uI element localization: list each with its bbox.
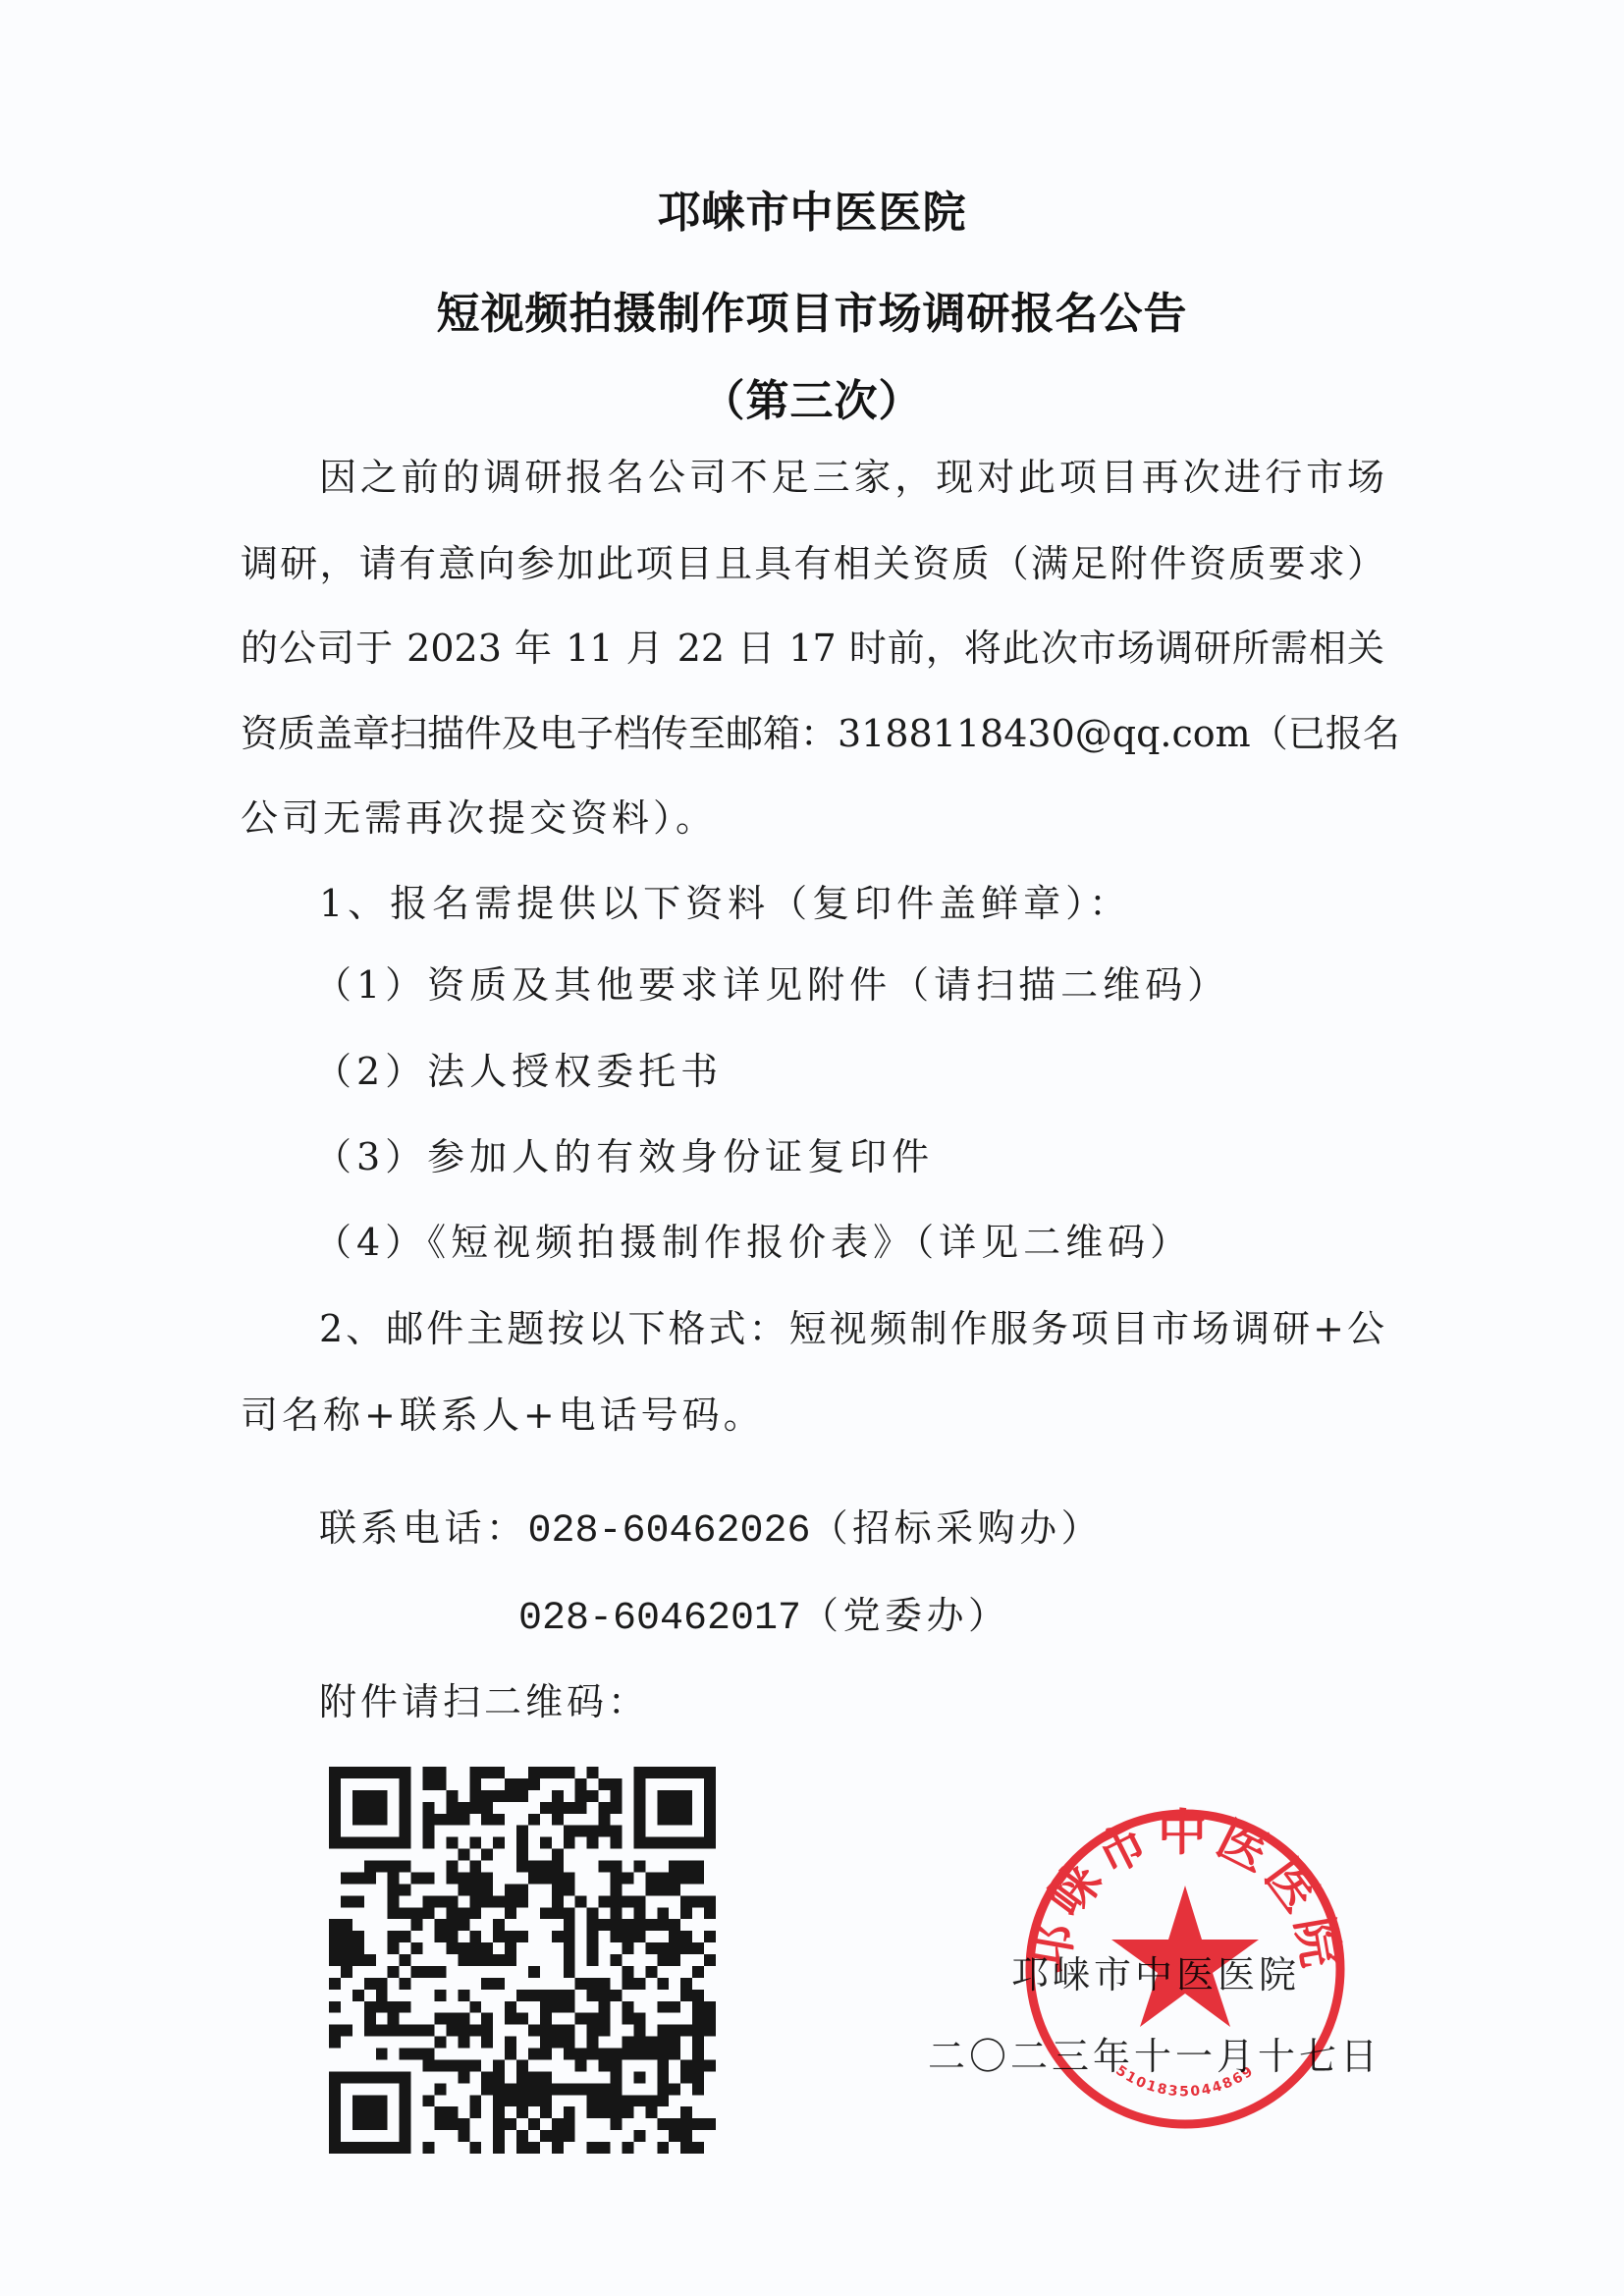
contact-row-1: 联系电话：028-60462026（招标采购办） bbox=[319, 1505, 1103, 1555]
phone-dept-2: （党委办） bbox=[801, 1594, 1010, 1637]
requirements-heading: 1、报名需提供以下资料（复印件盖鲜章）： bbox=[319, 881, 1131, 926]
document-page: 邛崃市中医医院 短视频拍摄制作项目市场调研报名公告 （第三次） 因之前的调研报名… bbox=[0, 0, 1624, 2296]
phone-number-1[interactable]: 028-60462026 bbox=[528, 1509, 811, 1554]
svg-text:5101835044869: 5101835044869 bbox=[1112, 2063, 1257, 2101]
intro-line-4: 资质盖章扫描件及电子档传至邮箱：3188118430@qq.com（已报名 bbox=[241, 711, 1384, 756]
intro-line-3: 的公司于 2023 年 11 月 22 日 17 时前，将此次市场调研所需相关 bbox=[241, 626, 1384, 671]
seal-serial: 5101835044869 bbox=[1112, 2063, 1257, 2101]
requirement-item-1: （1）资质及其他要求详见附件（请扫描二维码） bbox=[314, 962, 1229, 1008]
phone-dept-1: （招标采购办） bbox=[811, 1506, 1104, 1550]
intro-line-1: 因之前的调研报名公司不足三家，现对此项目再次进行市场 bbox=[319, 455, 1384, 500]
intro-line-5: 公司无需再次提交资料）。 bbox=[241, 795, 1384, 841]
email-subject-line-1: 2、邮件主题按以下格式：短视频制作服务项目市场调研+公 bbox=[319, 1306, 1384, 1351]
attachment-label: 附件请扫二维码： bbox=[319, 1679, 649, 1724]
qr-code-icon[interactable] bbox=[329, 1767, 716, 2154]
requirement-item-4: （4）《短视频拍摄制作报价表》（详见二维码） bbox=[314, 1220, 1192, 1265]
notice-round: （第三次） bbox=[0, 365, 1624, 428]
requirement-item-2: （2）法人授权委托书 bbox=[314, 1049, 723, 1094]
official-seal: 邛崃市中医医院 5101835044869 bbox=[1021, 1805, 1349, 2133]
requirement-item-3: （3）参加人的有效身份证复印件 bbox=[314, 1134, 934, 1179]
contact-label: 联系电话： bbox=[319, 1506, 528, 1550]
org-title: 邛崃市中医医院 bbox=[0, 177, 1624, 240]
contact-row-2: 028-60462017（党委办） bbox=[518, 1593, 1010, 1642]
notice-title: 短视频拍摄制作项目市场调研报名公告 bbox=[0, 278, 1624, 341]
star-icon bbox=[1111, 1886, 1259, 2027]
phone-number-2[interactable]: 028-60462017 bbox=[518, 1597, 801, 1641]
email-subject-line-2: 司名称+联系人+电话号码。 bbox=[241, 1393, 765, 1438]
intro-line-2: 调研，请有意向参加此项目且具有相关资质（满足附件资质要求） bbox=[241, 541, 1384, 586]
